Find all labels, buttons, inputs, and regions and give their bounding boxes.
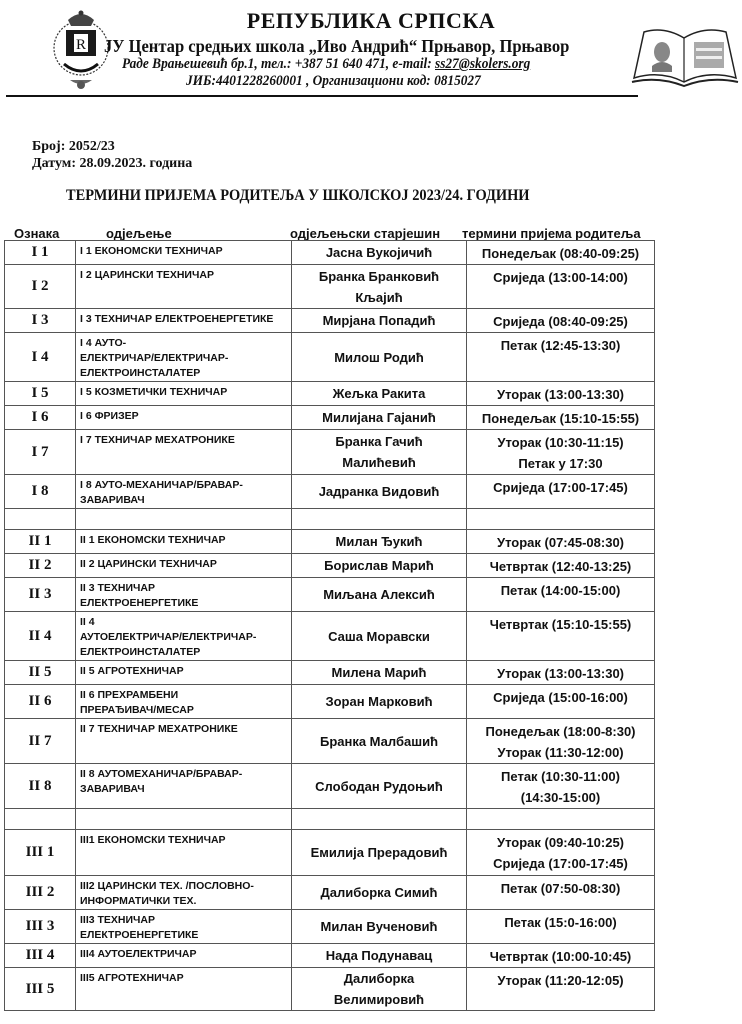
class-name [76, 509, 292, 530]
reception-times: Сриједа (13:00-14:00) [467, 265, 655, 309]
reception-times: Уторак (13:00-13:30) [467, 661, 655, 685]
class-name: II 7 ТЕХНИЧАР МЕХАТРОНИКЕ [76, 719, 292, 764]
class-teacher: Бранка ГачићМалићевић [292, 430, 467, 475]
class-name-line: ЗАВАРИВАЧ [80, 493, 291, 508]
class-teacher [292, 509, 467, 530]
reception-times-line: Петак (07:50-08:30) [467, 878, 654, 899]
class-teacher-line: Саша Моравски [292, 626, 466, 647]
reception-times-line: Сриједа (13:00-14:00) [467, 267, 654, 288]
class-teacher-line: Борислав Марић [292, 555, 466, 576]
reception-times-line: Сриједа (15:00-16:00) [467, 687, 654, 708]
reception-times [467, 509, 655, 530]
reception-times: Четвртак (10:00-10:45) [467, 944, 655, 968]
class-code: I 2 [5, 265, 76, 309]
class-name-line: I 8 АУТО-МЕХАНИЧАР/БРАВАР- [80, 478, 291, 493]
class-code: I 5 [5, 382, 76, 406]
reception-times: Сриједа (17:00-17:45) [467, 475, 655, 509]
class-name-line: I 4 АУТО- [80, 336, 291, 351]
class-name-line: ЕЛЕКТРИЧАР/ЕЛЕКТРИЧАР- [80, 351, 291, 366]
class-code [5, 809, 76, 830]
class-code: II 1 [5, 530, 76, 554]
class-name-line: III1 ЕКОНОМСКИ ТЕХНИЧАР [80, 833, 291, 848]
reception-times: Четвртак (12:40-13:25) [467, 554, 655, 578]
class-teacher-line: Милан Вученовић [292, 916, 466, 937]
table-row: I 4I 4 АУТО-ЕЛЕКТРИЧАР/ЕЛЕКТРИЧАР-ЕЛЕКТР… [5, 333, 655, 382]
class-code: III 2 [5, 876, 76, 910]
class-teacher-line: Нада Подунавац [292, 945, 466, 966]
reception-times-line: Уторак (07:45-08:30) [467, 532, 654, 553]
class-name-line: I 6 ФРИЗЕР [80, 409, 291, 424]
class-teacher: Миљана Алексић [292, 578, 467, 612]
table-row: II 8II 8 АУТОМЕХАНИЧАР/БРАВАР-ЗАВАРИВАЧС… [5, 764, 655, 809]
reception-times-line: Уторак (11:20-12:05) [467, 970, 654, 991]
class-teacher: Бранка БранковићКљајић [292, 265, 467, 309]
email-link[interactable]: ss27@skolers.org [435, 56, 530, 72]
class-teacher-line: Далиборка [292, 968, 466, 989]
class-name-line: I 1 ЕКОНОМСКИ ТЕХНИЧАР [80, 244, 291, 259]
reception-times-line: Уторак (11:30-12:00) [467, 742, 654, 763]
table-row: II 6II 6 ПРЕХРАМБЕНИПРЕРАЂИВАЧ/МЕСАРЗора… [5, 685, 655, 719]
class-name-line: ИНФОРМАТИЧКИ ТЕХ. [80, 894, 291, 909]
school-address: Раде Врањешевић бр.1, тел.: +387 51 640 … [122, 56, 530, 73]
table-row: II 1II 1 ЕКОНОМСКИ ТЕХНИЧАРМилан ЂукићУт… [5, 530, 655, 554]
reception-times: Понедељак (15:10-15:55) [467, 406, 655, 430]
class-name-line: II 8 АУТОМЕХАНИЧАР/БРАВАР- [80, 767, 291, 782]
class-teacher: Милан Ђукић [292, 530, 467, 554]
reception-times: Понедељак (08:40-09:25) [467, 241, 655, 265]
class-teacher-line: Бранка Бранковић [292, 266, 466, 287]
table-row: I 1I 1 ЕКОНОМСКИ ТЕХНИЧАРЈасна Вукојичић… [5, 241, 655, 265]
class-teacher-line: Кљајић [292, 287, 466, 308]
class-name: I 1 ЕКОНОМСКИ ТЕХНИЧАР [76, 241, 292, 265]
school-name: ЈУ Центар средњих школа „Иво Андрић“ Прњ… [104, 36, 569, 57]
class-name-line: II 2 ЦАРИНСКИ ТЕХНИЧАР [80, 557, 291, 572]
table-row: I 6I 6 ФРИЗЕРМилијана ГајанићПонедељак (… [5, 406, 655, 430]
table-row: I 3I 3 ТЕХНИЧАР ЕЛЕКТРОЕНЕРГЕТИКЕМирјана… [5, 309, 655, 333]
class-teacher: Милан Вученовић [292, 910, 467, 944]
reception-times: Понедељак (18:00-8:30)Уторак (11:30-12:0… [467, 719, 655, 764]
class-code: I 8 [5, 475, 76, 509]
class-name-line: II 3 ТЕХНИЧАР [80, 581, 291, 596]
reception-times-line: Уторак (13:00-13:30) [467, 663, 654, 684]
class-teacher-line: Жељка Ракита [292, 383, 466, 404]
class-name: II 6 ПРЕХРАМБЕНИПРЕРАЂИВАЧ/МЕСАР [76, 685, 292, 719]
class-name-line: ЕЛЕКТРОИНСТАЛАТЕР [80, 645, 291, 660]
class-teacher: Нада Подунавац [292, 944, 467, 968]
table-row: III 2III2 ЦАРИНСКИ ТЕХ. /ПОСЛОВНО-ИНФОРМ… [5, 876, 655, 910]
class-code: II 5 [5, 661, 76, 685]
class-teacher-line: Емилија Прерадовић [292, 842, 466, 863]
document-title: ТЕРМИНИ ПРИЈЕМА РОДИТЕЉА У ШКОЛСКОЈ 2023… [66, 187, 530, 205]
class-name: I 5 КОЗМЕТИЧКИ ТЕХНИЧАР [76, 382, 292, 406]
table-row: II 7II 7 ТЕХНИЧАР МЕХАТРОНИКЕБранка Малб… [5, 719, 655, 764]
class-teacher: Саша Моравски [292, 612, 467, 661]
class-name: II 8 АУТОМЕХАНИЧАР/БРАВАР-ЗАВАРИВАЧ [76, 764, 292, 809]
class-name-line: III5 АГРОТЕХНИЧАР [80, 971, 291, 986]
class-name: II 4АУТОЕЛЕКТРИЧАР/ЕЛЕКТРИЧАР-ЕЛЕКТРОИНС… [76, 612, 292, 661]
table-row: II 4II 4АУТОЕЛЕКТРИЧАР/ЕЛЕКТРИЧАР-ЕЛЕКТР… [5, 612, 655, 661]
class-teacher: Милијана Гајанић [292, 406, 467, 430]
address-text: Раде Врањешевић бр.1, тел.: +387 51 640 … [122, 56, 435, 72]
class-teacher: Борислав Марић [292, 554, 467, 578]
class-code: III 4 [5, 944, 76, 968]
class-name [76, 809, 292, 830]
class-name-line: III3 ТЕХНИЧАР [80, 913, 291, 928]
class-code: III 5 [5, 968, 76, 1011]
reception-times-line: Сриједа (08:40-09:25) [467, 311, 654, 332]
class-name-line: I 7 ТЕХНИЧАР МЕХАТРОНИКЕ [80, 433, 291, 448]
reception-times-line: Петак (14:00-15:00) [467, 580, 654, 601]
class-name-line: ЕЛЕКТРОЕНЕРГЕТИКЕ [80, 928, 291, 943]
reception-times: Петак (10:30-11:00)(14:30-15:00) [467, 764, 655, 809]
document-date: Датум: 28.09.2023. година [32, 156, 192, 172]
class-name: III2 ЦАРИНСКИ ТЕХ. /ПОСЛОВНО-ИНФОРМАТИЧК… [76, 876, 292, 910]
class-teacher-line: Бранка Гачић [292, 431, 466, 452]
class-code: III 3 [5, 910, 76, 944]
reception-times-line: Уторак (10:30-11:15) [467, 432, 654, 453]
class-name-line: I 5 КОЗМЕТИЧКИ ТЕХНИЧАР [80, 385, 291, 400]
table-row: I 8I 8 АУТО-МЕХАНИЧАР/БРАВАР-ЗАВАРИВАЧЈа… [5, 475, 655, 509]
class-name: III5 АГРОТЕХНИЧАР [76, 968, 292, 1011]
class-teacher: Јасна Вукојичић [292, 241, 467, 265]
class-name-line: ЕЛЕКТРОЕНЕРГЕТИКЕ [80, 596, 291, 611]
reception-times: Петак (15:0-16:00) [467, 910, 655, 944]
spacer-row [5, 809, 655, 830]
class-teacher-line: Милан Ђукић [292, 531, 466, 552]
class-teacher: Слободан Рудоњић [292, 764, 467, 809]
reception-times-line: Уторак (13:00-13:30) [467, 384, 654, 405]
table-row: II 2II 2 ЦАРИНСКИ ТЕХНИЧАРБорислав Марић… [5, 554, 655, 578]
table-row: III 5III5 АГРОТЕХНИЧАРДалиборкаВелимиров… [5, 968, 655, 1011]
open-book-portrait-icon [628, 26, 740, 88]
reception-times-line: Петак у 17:30 [467, 453, 654, 474]
class-name: III1 ЕКОНОМСКИ ТЕХНИЧАР [76, 830, 292, 876]
reception-times: Уторак (13:00-13:30) [467, 382, 655, 406]
class-name-line: I 3 ТЕХНИЧАР ЕЛЕКТРОЕНЕРГЕТИКЕ [80, 312, 291, 327]
class-code: I 3 [5, 309, 76, 333]
class-code: II 6 [5, 685, 76, 719]
reception-times: Петак (07:50-08:30) [467, 876, 655, 910]
reception-times-line: Сриједа (17:00-17:45) [467, 853, 654, 874]
class-name-line: II 7 ТЕХНИЧАР МЕХАТРОНИКЕ [80, 722, 291, 737]
class-name-line: II 4 [80, 615, 291, 630]
reception-times-line: Сриједа (17:00-17:45) [467, 477, 654, 498]
class-teacher-line: Јадранка Видовић [292, 481, 466, 502]
class-name: III4 АУТОЕЛЕКТРИЧАР [76, 944, 292, 968]
reception-times-line: Понедељак (18:00-8:30) [467, 721, 654, 742]
reception-times-line: Петак (12:45-13:30) [467, 335, 654, 356]
reception-times: Петак (12:45-13:30) [467, 333, 655, 382]
class-teacher: Далиборка Симић [292, 876, 467, 910]
class-teacher: Милена Марић [292, 661, 467, 685]
reception-times-line: Понедељак (08:40-09:25) [467, 243, 654, 264]
class-teacher: Зоран Марковић [292, 685, 467, 719]
class-teacher-line: Велимировић [292, 989, 466, 1010]
class-name: II 3 ТЕХНИЧАРЕЛЕКТРОЕНЕРГЕТИКЕ [76, 578, 292, 612]
class-name: II 1 ЕКОНОМСКИ ТЕХНИЧАР [76, 530, 292, 554]
reception-times-line: (14:30-15:00) [467, 787, 654, 808]
header-times: термини пријема родитеља [462, 226, 641, 241]
svg-text:R: R [76, 37, 86, 53]
reception-times: Сриједа (15:00-16:00) [467, 685, 655, 719]
reception-times-line: Петак (10:30-11:00) [467, 766, 654, 787]
class-code [5, 509, 76, 530]
table-row: III 1III1 ЕКОНОМСКИ ТЕХНИЧАРЕмилија Прер… [5, 830, 655, 876]
school-ids: ЈИБ:4401228260001 , Организациони код: 0… [186, 73, 481, 90]
header-code: Ознака [14, 226, 59, 241]
reception-times-line: Четвртак (15:10-15:55) [467, 614, 654, 635]
table-row: III 3III3 ТЕХНИЧАРЕЛЕКТРОЕНЕРГЕТИКЕМилан… [5, 910, 655, 944]
reception-times: Уторак (10:30-11:15)Петак у 17:30 [467, 430, 655, 475]
class-teacher: Бранка Малбашић [292, 719, 467, 764]
reception-times: Сриједа (08:40-09:25) [467, 309, 655, 333]
class-code: III 1 [5, 830, 76, 876]
class-code: II 7 [5, 719, 76, 764]
class-code: II 4 [5, 612, 76, 661]
spacer-row [5, 509, 655, 530]
reception-times: Петак (14:00-15:00) [467, 578, 655, 612]
reception-times-line: Понедељак (15:10-15:55) [467, 408, 654, 429]
reception-times: Уторак (09:40-10:25)Сриједа (17:00-17:45… [467, 830, 655, 876]
class-code: I 1 [5, 241, 76, 265]
class-teacher-line: Бранка Малбашић [292, 731, 466, 752]
reception-times: Уторак (11:20-12:05) [467, 968, 655, 1011]
class-teacher: Жељка Ракита [292, 382, 467, 406]
class-name: I 4 АУТО-ЕЛЕКТРИЧАР/ЕЛЕКТРИЧАР-ЕЛЕКТРОИН… [76, 333, 292, 382]
class-teacher-line: Мирјана Попадић [292, 310, 466, 331]
class-teacher-line: Милош Родић [292, 347, 466, 368]
class-teacher-line: Миљана Алексић [292, 584, 466, 605]
class-name: I 6 ФРИЗЕР [76, 406, 292, 430]
table-row: II 3II 3 ТЕХНИЧАРЕЛЕКТРОЕНЕРГЕТИКЕМиљана… [5, 578, 655, 612]
class-teacher-line: Малићевић [292, 452, 466, 473]
class-name: I 7 ТЕХНИЧАР МЕХАТРОНИКЕ [76, 430, 292, 475]
header-class: одјељење [106, 226, 172, 241]
class-name: II 5 АГРОТЕХНИЧАР [76, 661, 292, 685]
class-name: I 3 ТЕХНИЧАР ЕЛЕКТРОЕНЕРГЕТИКЕ [76, 309, 292, 333]
reception-times-line: Четвртак (12:40-13:25) [467, 556, 654, 577]
class-teacher: Емилија Прерадовић [292, 830, 467, 876]
class-code: I 4 [5, 333, 76, 382]
class-name-line: ПРЕРАЂИВАЧ/МЕСАР [80, 703, 291, 718]
class-name: II 2 ЦАРИНСКИ ТЕХНИЧАР [76, 554, 292, 578]
reception-times-line: Петак (15:0-16:00) [467, 912, 654, 933]
class-teacher-line: Зоран Марковић [292, 691, 466, 712]
class-name-line: ЗАВАРИВАЧ [80, 782, 291, 797]
class-name: III3 ТЕХНИЧАРЕЛЕКТРОЕНЕРГЕТИКЕ [76, 910, 292, 944]
class-name-line: II 1 ЕКОНОМСКИ ТЕХНИЧАР [80, 533, 291, 548]
class-name-line: I 2 ЦАРИНСКИ ТЕХНИЧАР [80, 268, 291, 283]
class-name-line: III2 ЦАРИНСКИ ТЕХ. /ПОСЛОВНО- [80, 879, 291, 894]
class-code: II 8 [5, 764, 76, 809]
table-row: II 5II 5 АГРОТЕХНИЧАРМилена МарићУторак … [5, 661, 655, 685]
reception-times [467, 809, 655, 830]
letterhead-divider [6, 95, 638, 97]
class-teacher-line: Милена Марић [292, 662, 466, 683]
schedule-table: I 1I 1 ЕКОНОМСКИ ТЕХНИЧАРЈасна Вукојичић… [4, 240, 655, 1011]
class-name-line: III4 АУТОЕЛЕКТРИЧАР [80, 947, 291, 962]
reception-times: Четвртак (15:10-15:55) [467, 612, 655, 661]
class-teacher-line: Јасна Вукојичић [292, 242, 466, 263]
class-name: I 2 ЦАРИНСКИ ТЕХНИЧАР [76, 265, 292, 309]
class-teacher: Мирјана Попадић [292, 309, 467, 333]
class-code: I 6 [5, 406, 76, 430]
document-number: Број: 2052/23 [32, 139, 115, 155]
class-name-line: II 5 АГРОТЕХНИЧАР [80, 664, 291, 679]
class-teacher [292, 809, 467, 830]
class-teacher: Милош Родић [292, 333, 467, 382]
class-name-line: II 6 ПРЕХРАМБЕНИ [80, 688, 291, 703]
header-teacher: одјељењски старјешин [290, 226, 440, 241]
reception-times: Уторак (07:45-08:30) [467, 530, 655, 554]
class-name-line: АУТОЕЛЕКТРИЧАР/ЕЛЕКТРИЧАР- [80, 630, 291, 645]
class-teacher-line: Милијана Гајанић [292, 407, 466, 428]
table-row: III 4III4 АУТОЕЛЕКТРИЧАРНада ПодунавацЧе… [5, 944, 655, 968]
class-code: II 2 [5, 554, 76, 578]
reception-times-line: Уторак (09:40-10:25) [467, 832, 654, 853]
class-teacher-line: Далиборка Симић [292, 882, 466, 903]
class-teacher: Јадранка Видовић [292, 475, 467, 509]
table-row: I 2I 2 ЦАРИНСКИ ТЕХНИЧАРБранка Бранковић… [5, 265, 655, 309]
reception-times-line: Четвртак (10:00-10:45) [467, 946, 654, 967]
class-code: II 3 [5, 578, 76, 612]
class-teacher-line: Слободан Рудоњић [292, 776, 466, 797]
class-code: I 7 [5, 430, 76, 475]
table-row: I 5I 5 КОЗМЕТИЧКИ ТЕХНИЧАРЖељка РакитаУт… [5, 382, 655, 406]
class-name-line: ЕЛЕКТРОИНСТАЛАТЕР [80, 366, 291, 381]
class-teacher: ДалиборкаВелимировић [292, 968, 467, 1011]
letterhead: R РЕПУБЛИКА СРПСКА ЈУ Центар средњих шко… [0, 0, 742, 100]
table-row: I 7I 7 ТЕХНИЧАР МЕХАТРОНИКЕБранка ГачићМ… [5, 430, 655, 475]
class-name: I 8 АУТО-МЕХАНИЧАР/БРАВАР-ЗАВАРИВАЧ [76, 475, 292, 509]
